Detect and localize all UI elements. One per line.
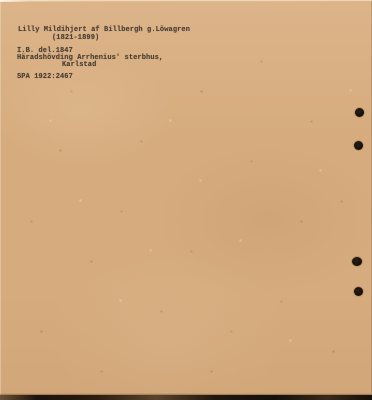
archive-reference: SPA 1922:2467 [17,74,73,81]
punch-hole-mark [352,257,362,266]
paper-bottom-edge [0,395,372,400]
provenance-place: Karlstad [62,62,96,69]
punch-hole-mark [354,141,363,150]
paper-top-edge [0,0,372,2]
sitter-dates: (1821-1899) [52,35,99,42]
punch-hole-mark [355,108,364,117]
sitter-name: Lilly Mildihjert af Billbergh g.Löwagren [18,27,190,34]
punch-hole-mark [354,287,363,296]
archive-card: Lilly Mildihjert af Billbergh g.Löwagren… [0,0,372,400]
